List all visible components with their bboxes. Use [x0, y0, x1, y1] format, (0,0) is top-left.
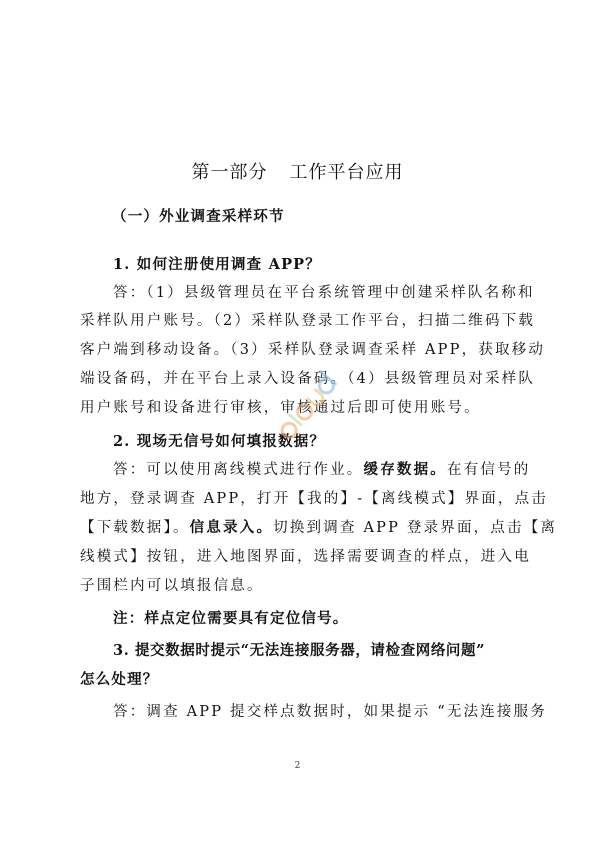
answer-2-text: 【下载数据】。	[80, 520, 190, 536]
question-3-heading-line-2: 怎么处理？	[80, 670, 520, 690]
answer-1-line-3: 客户端到移动设备。（3）采样队登录调查采样 APP，获取移动	[80, 340, 520, 360]
answer-2-bold-cache: 缓存数据。	[364, 461, 448, 478]
answer-2-line-2: 地方，登录调查 APP，打开【我的】-【离线模式】界面，点击	[80, 489, 520, 509]
note: 注：样点定位需要具有定位信号。	[113, 609, 520, 629]
part-title-number: 第一部分	[192, 162, 268, 183]
answer-2-line-3: 【下载数据】。信息录入。切换到调查 APP 登录界面，点击【离	[80, 518, 520, 538]
section-heading: （一）外业调查采样环节	[112, 207, 552, 227]
page-number: 2	[0, 761, 595, 771]
answer-3-line-1: 答：调查 APP 提交样点数据时，如果提示 “无法连接服务	[113, 702, 520, 722]
document-page: 第一部分工作平台应用 （一）外业调查采样环节 1. 如何注册使用调查 APP？ …	[0, 0, 595, 841]
answer-2-line-4: 线模式】按钮，进入地图界面，选择需要调查的样点，进入电	[80, 547, 520, 567]
answer-2-line-5: 子围栏内可以填报信息。	[80, 576, 520, 596]
answer-2-text: 在有信号的	[447, 462, 531, 478]
answer-2-text: 切换到调查 APP 登录界面，点击【离	[273, 520, 557, 536]
cloud-watermark-icon	[262, 370, 342, 460]
part-title: 第一部分工作平台应用	[0, 158, 595, 184]
question-1-heading: 1. 如何注册使用调查 APP？	[113, 255, 520, 275]
answer-1-line-2: 采样队用户账号。（2）采样队登录工作平台，扫描二维码下载	[80, 311, 520, 331]
answer-2-line-1: 答：可以使用离线模式进行作业。缓存数据。在有信号的	[113, 460, 520, 480]
answer-1-line-1: 答：（1）县级管理员在平台系统管理中创建采样队名称和	[113, 283, 520, 303]
part-title-name: 工作平台应用	[290, 162, 404, 183]
answer-2-text: 答：可以使用离线模式进行作业。	[113, 462, 364, 478]
question-3-heading-line-1: 3. 提交数据时提示“无法连接服务器，请检查网络问题”	[113, 641, 520, 661]
answer-2-bold-entry: 信息录入。	[190, 519, 274, 536]
